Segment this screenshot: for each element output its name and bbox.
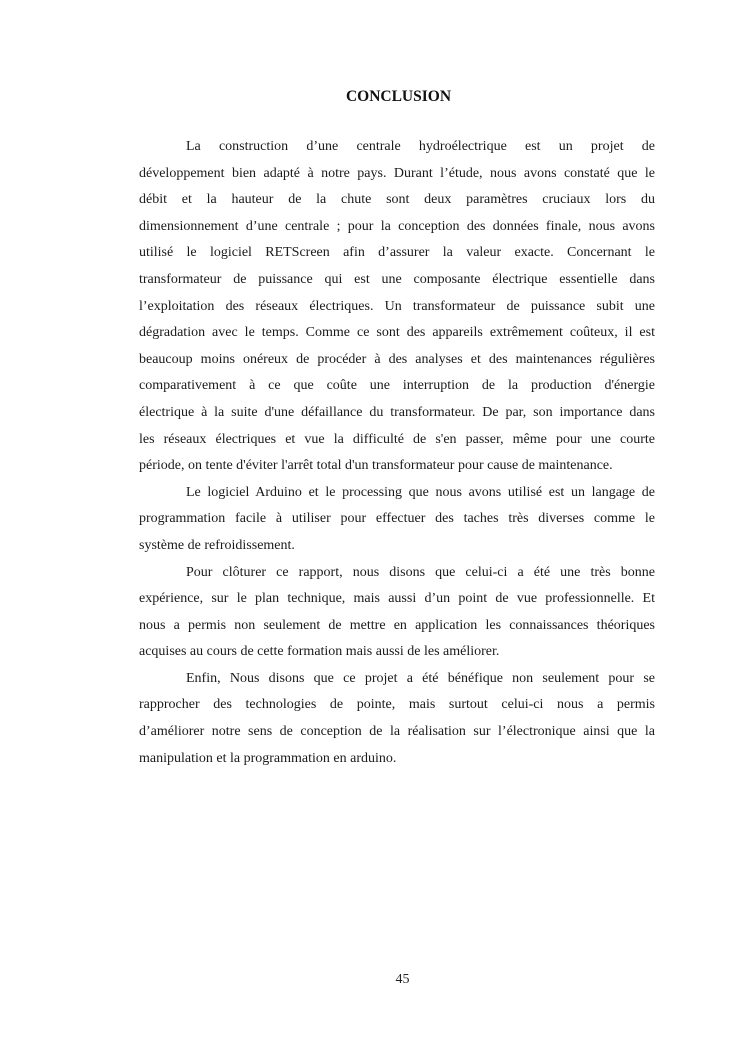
- text-line: Enfin, Nous disons que ce projet a été b…: [139, 666, 655, 693]
- text-line: programmation facile à utiliser pour eff…: [139, 506, 655, 533]
- text-line: d’améliorer notre sens de conception de …: [139, 719, 655, 746]
- text-line: comparativement à ce que coûte une inter…: [139, 373, 655, 400]
- text-line: Pour clôturer ce rapport, nous disons qu…: [139, 560, 655, 587]
- text-line: beaucoup moins onéreux de procéder à des…: [139, 347, 655, 374]
- paragraph-3: Pour clôturer ce rapport, nous disons qu…: [139, 560, 655, 666]
- text-line: l’exploitation des réseaux électriques. …: [139, 294, 655, 321]
- text-line: système de refroidissement.: [139, 533, 655, 560]
- paragraph-2: Le logiciel Arduino et le processing que…: [139, 480, 655, 560]
- text-line: dégradation avec le temps. Comme ce sont…: [139, 320, 655, 347]
- text-line: période, on tente d'éviter l'arrêt total…: [139, 453, 655, 480]
- paragraph-4: Enfin, Nous disons que ce projet a été b…: [139, 666, 655, 772]
- text-line: débit et la hauteur de la chute sont deu…: [139, 187, 655, 214]
- text-line: rapprocher des technologies de pointe, m…: [139, 692, 655, 719]
- page-number: 45: [0, 972, 745, 988]
- text-line: transformateur de puissance qui est une …: [139, 267, 655, 294]
- paragraph-1: La construction d’une centrale hydroélec…: [139, 134, 655, 480]
- document-page: CONCLUSION La construction d’une central…: [0, 0, 745, 1053]
- text-line: dimensionnement d’une centrale ; pour la…: [139, 214, 655, 241]
- text-line: utilisé le logiciel RETScreen afin d’ass…: [139, 240, 655, 267]
- text-line: développement bien adapté à notre pays. …: [139, 161, 655, 188]
- text-line: La construction d’une centrale hydroélec…: [139, 134, 655, 161]
- text-line: les réseaux électriques et vue la diffic…: [139, 427, 655, 454]
- text-line: expérience, sur le plan technique, mais …: [139, 586, 655, 613]
- text-line: électrique à la suite d'une défaillance …: [139, 400, 655, 427]
- document-body: La construction d’une centrale hydroélec…: [139, 134, 655, 772]
- text-line: Le logiciel Arduino et le processing que…: [139, 480, 655, 507]
- page-title: CONCLUSION: [0, 88, 745, 106]
- text-line: acquises au cours de cette formation mai…: [139, 639, 655, 666]
- text-line: nous a permis non seulement de mettre en…: [139, 613, 655, 640]
- text-line: manipulation et la programmation en ardu…: [139, 746, 655, 773]
